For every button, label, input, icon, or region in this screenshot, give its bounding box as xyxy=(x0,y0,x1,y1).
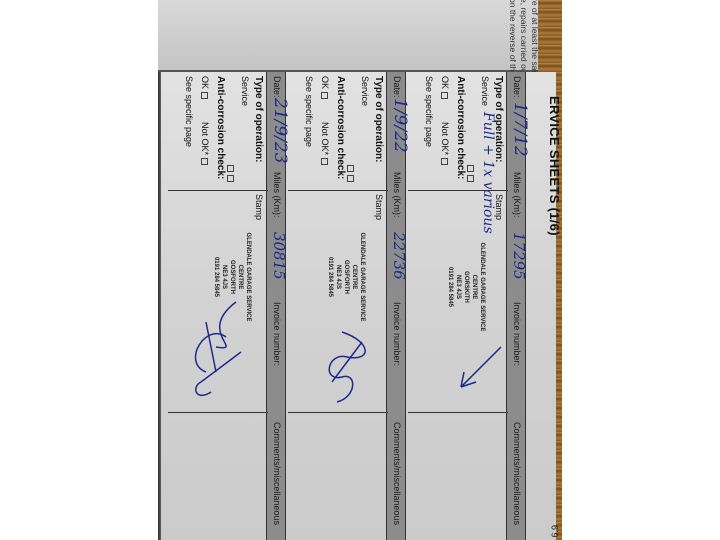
not-ok-checkbox[interactable]: Not OK* xyxy=(320,122,330,165)
service-label: Service xyxy=(360,76,370,106)
type-of-operation-label: Type of operation: xyxy=(253,76,264,162)
service-label: Service xyxy=(240,76,250,106)
ok-checkbox[interactable]: OK xyxy=(200,76,210,99)
sheet-title: ERVICE SHEETS (1/6) xyxy=(547,96,562,236)
handwritten-miles: 17295 xyxy=(510,232,528,280)
service-book-photo: re of at least the same e, repairs carri… xyxy=(158,0,562,540)
anti-corrosion-label: Anti-corrosion check: xyxy=(335,76,346,179)
service-checkbox[interactable] xyxy=(466,162,476,182)
see-specific-page-label: See specific page xyxy=(304,76,314,147)
overlapping-previous-page: re of at least the same e, repairs carri… xyxy=(158,0,538,72)
service-checkbox[interactable] xyxy=(226,162,236,182)
garage-stamp: GLENDALE GARAGE SERVICE CENTREGORSKITH N… xyxy=(446,232,486,342)
column-divider xyxy=(408,190,508,191)
see-specific-page-label: See specific page xyxy=(424,76,434,147)
column-divider xyxy=(288,190,388,191)
type-of-operation-label: Type of operation: xyxy=(373,76,384,162)
page-number: 6.9 xyxy=(550,525,560,538)
comments-label: Comments/miscellaneous xyxy=(512,422,522,525)
stamp-label: Stamp xyxy=(254,194,264,220)
column-divider xyxy=(288,412,388,413)
column-divider xyxy=(168,190,268,191)
handwritten-miles: 30815 xyxy=(270,232,288,280)
service-entry: Date: Miles (Km): Invoice number: Commen… xyxy=(288,72,406,540)
service-entry: Date: Miles (Km): Invoice number: Commen… xyxy=(168,72,286,540)
anti-corrosion-label: Anti-corrosion check: xyxy=(215,76,226,179)
handwritten-date: 1/9/22 xyxy=(390,98,410,153)
not-ok-checkbox[interactable]: Not OK* xyxy=(440,122,450,165)
miles-label: Miles (Km): xyxy=(272,172,282,218)
miles-label: Miles (Km): xyxy=(392,172,402,218)
see-specific-page-label: See specific page xyxy=(184,76,194,147)
service-entry: Date: Miles (Km): Invoice number: Commen… xyxy=(408,72,526,540)
date-label: Date: xyxy=(272,76,282,98)
previous-page-text-line: on the reverse of the xyxy=(508,0,518,76)
column-divider xyxy=(168,412,268,413)
stamp-label: Stamp xyxy=(374,194,384,220)
ok-checkbox[interactable]: OK xyxy=(320,76,330,99)
ok-checkbox[interactable]: OK xyxy=(440,76,450,99)
signature xyxy=(312,322,382,412)
column-divider xyxy=(408,412,508,413)
comments-label: Comments/miscellaneous xyxy=(392,422,402,525)
service-sheet: ERVICE SHEETS (1/6) Date: Miles (Km): In… xyxy=(161,72,556,540)
garage-stamp: GLENDALE GARAGE SERVICE CENTREGOSFORTH N… xyxy=(326,222,366,332)
service-checkbox[interactable] xyxy=(346,162,356,182)
service-label: Service xyxy=(480,76,490,106)
invoice-label: Invoice number: xyxy=(512,302,522,366)
stamp-label: Stamp xyxy=(494,194,504,220)
not-ok-checkbox[interactable]: Not OK* xyxy=(200,122,210,165)
handwritten-date: 1/7/12 xyxy=(510,102,530,157)
date-label: Date: xyxy=(512,76,522,98)
signature xyxy=(176,292,256,412)
date-label: Date: xyxy=(392,76,402,98)
anti-corrosion-label: Anti-corrosion check: xyxy=(455,76,466,179)
invoice-label: Invoice number: xyxy=(272,302,282,366)
miles-label: Miles (Km): xyxy=(512,172,522,218)
comments-label: Comments/miscellaneous xyxy=(272,422,282,525)
previous-page-text-line: e, repairs carried out xyxy=(519,0,529,76)
invoice-label: Invoice number: xyxy=(392,302,402,366)
signature xyxy=(446,342,506,402)
handwritten-miles: 22736 xyxy=(390,232,408,280)
handwritten-date: 21/9/23 xyxy=(270,98,290,164)
